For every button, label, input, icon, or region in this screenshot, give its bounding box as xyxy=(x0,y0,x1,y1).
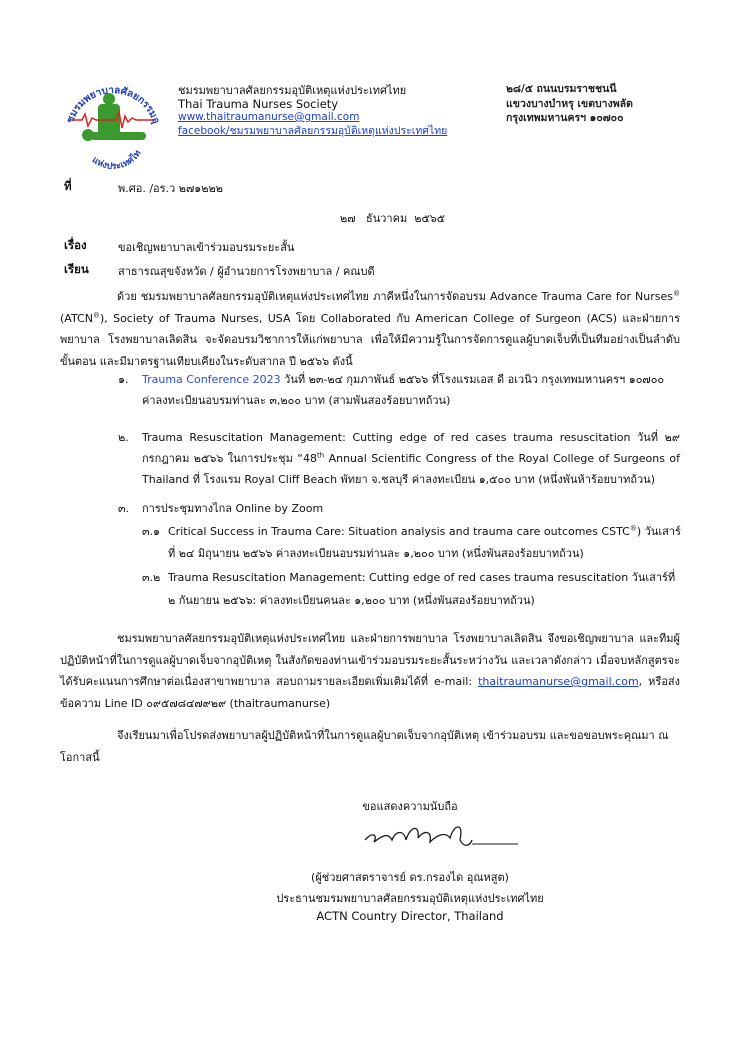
event-fee: Thailand ที่ โรงแรม Royal Cliff Beach พั… xyxy=(142,469,655,491)
signer-title-en: ACTN Country Director, Thailand xyxy=(250,909,570,923)
event-fee: ค่าลงทะเบียนอบรมท่านละ ๓,๒๐๐ บาท (สามพัน… xyxy=(142,390,450,412)
letter-date: ๒๗ ธันวาคม ๒๕๖๕ xyxy=(340,209,445,227)
address-block: ๒๘/๕ ถนนบรมราชชนนี แขวงบางบำหรุ เขตบางพล… xyxy=(506,82,633,126)
subject-value: ขอเชิญพยาบาลเข้าร่วมอบรมระยะสั้น xyxy=(118,238,294,256)
org-name-th: ชมรมพยาบาลศัลยกรรมอุบัติเหตุแห่งประเทศไท… xyxy=(178,84,447,98)
registered-mark: ® xyxy=(673,289,680,297)
regards: ขอแสดงความนับถือ xyxy=(250,797,570,815)
signer-name: (ผู้ช่วยศาสตราจารย์ ดร.กรองได อุณหสูต) xyxy=(250,868,570,886)
item-number: ๓.๒ xyxy=(142,567,160,589)
registered-mark: ® xyxy=(93,311,100,319)
item-number: ๑. xyxy=(118,369,128,391)
address-line: ๒๘/๕ ถนนบรมราชชนนี xyxy=(506,82,633,97)
item-number: ๒. xyxy=(118,427,129,449)
subject-label: เรื่อง xyxy=(64,237,87,255)
ref-value: พ.ศอ. /อร.ว ๒๗๑๒๒๒ xyxy=(118,179,223,197)
to-value: สาธารณสุขจังหวัด / ผู้อำนวยการโรงพยาบาล … xyxy=(118,262,375,280)
signer-title-th: ประธานชมรมพยาบาลศัลยกรรมอุบัติเหตุแห่งปร… xyxy=(240,889,580,907)
closing-paragraph: จึงเรียนมาเพื่อโปรดส่งพยาบาลผู้ปฏิบัติหน… xyxy=(60,725,680,768)
event-detail-text: Annual Scientific Congress of the Royal … xyxy=(324,452,680,465)
intro-text: (ATCN xyxy=(60,312,93,325)
event-title: ) วันเสาร์ xyxy=(637,525,681,538)
event-detail: วันที่ ๒๓-๒๔ กุมภาพันธ์ ๒๕๖๖ ที่โรงแรมเอ… xyxy=(281,373,665,386)
event-fee: ที่ ๒๔ มิถุนายน ๒๕๖๖ ค่าลงทะเบียนอบรมท่า… xyxy=(168,543,584,565)
event-title: Critical Success in Trauma Care: Situati… xyxy=(168,525,630,538)
event-title: Trauma Resuscitation Management: Cutting… xyxy=(142,427,680,449)
event-title: Trauma Conference 2023 xyxy=(142,373,281,386)
item-number: ๓. xyxy=(118,498,129,520)
address-line: แขวงบางบำหรุ เขตบางพลัด xyxy=(506,97,633,112)
event-detail: กรกฎาคม ๒๕๖๖ ในการประชุม “48th Annual Sc… xyxy=(142,448,680,470)
ref-label: ที่ xyxy=(64,178,72,196)
to-label: เรียน xyxy=(64,261,89,279)
intro-paragraph: ด้วย ชมรมพยาบาลศัลยกรรมอุบัติเหตุแห่งประ… xyxy=(60,286,680,372)
event-title: การประชุมทางไกล Online by Zoom xyxy=(142,498,323,520)
intro-text: ), Society of Trauma Nurses, USA โดย Col… xyxy=(60,312,680,368)
invitation-paragraph: ชมรมพยาบาลศัลยกรรมอุบัติเหตุแห่งประเทศไท… xyxy=(60,628,680,714)
event-title: Trauma Resuscitation Management: Cutting… xyxy=(168,567,675,589)
facebook-link[interactable]: facebook/ชมรมพยาบาลศัลยกรรมอุบัติเหตุแห่… xyxy=(178,125,447,139)
item-number: ๓.๑ xyxy=(142,521,160,543)
email-link[interactable]: thaitraumanurse@gmail.com xyxy=(478,675,639,688)
signature-image xyxy=(360,818,520,856)
org-name-en: Thai Trauma Nurses Society xyxy=(178,98,447,112)
registered-mark: ® xyxy=(630,524,637,532)
event-detail-text: กรกฎาคม ๒๕๖๖ ในการประชุม “48 xyxy=(142,452,317,465)
event-fee: ๒ กันยายน ๒๕๖๖: ค่าลงทะเบียนคนละ ๑,๒๐๐ บ… xyxy=(168,590,535,612)
org-info: ชมรมพยาบาลศัลยกรรมอุบัติเหตุแห่งประเทศไท… xyxy=(178,84,447,138)
society-logo: ชมรมพยาบาลศัลยกรรมอุบัติเหตุ แห่งประเทศไ… xyxy=(58,74,168,174)
intro-text: ด้วย ชมรมพยาบาลศัลยกรรมอุบัติเหตุแห่งประ… xyxy=(117,290,673,303)
address-line: กรุงเทพมหานครฯ ๑๐๗๐๐ xyxy=(506,111,633,126)
website-link[interactable]: www.thaitraumanurse@gmail.com xyxy=(178,111,447,125)
